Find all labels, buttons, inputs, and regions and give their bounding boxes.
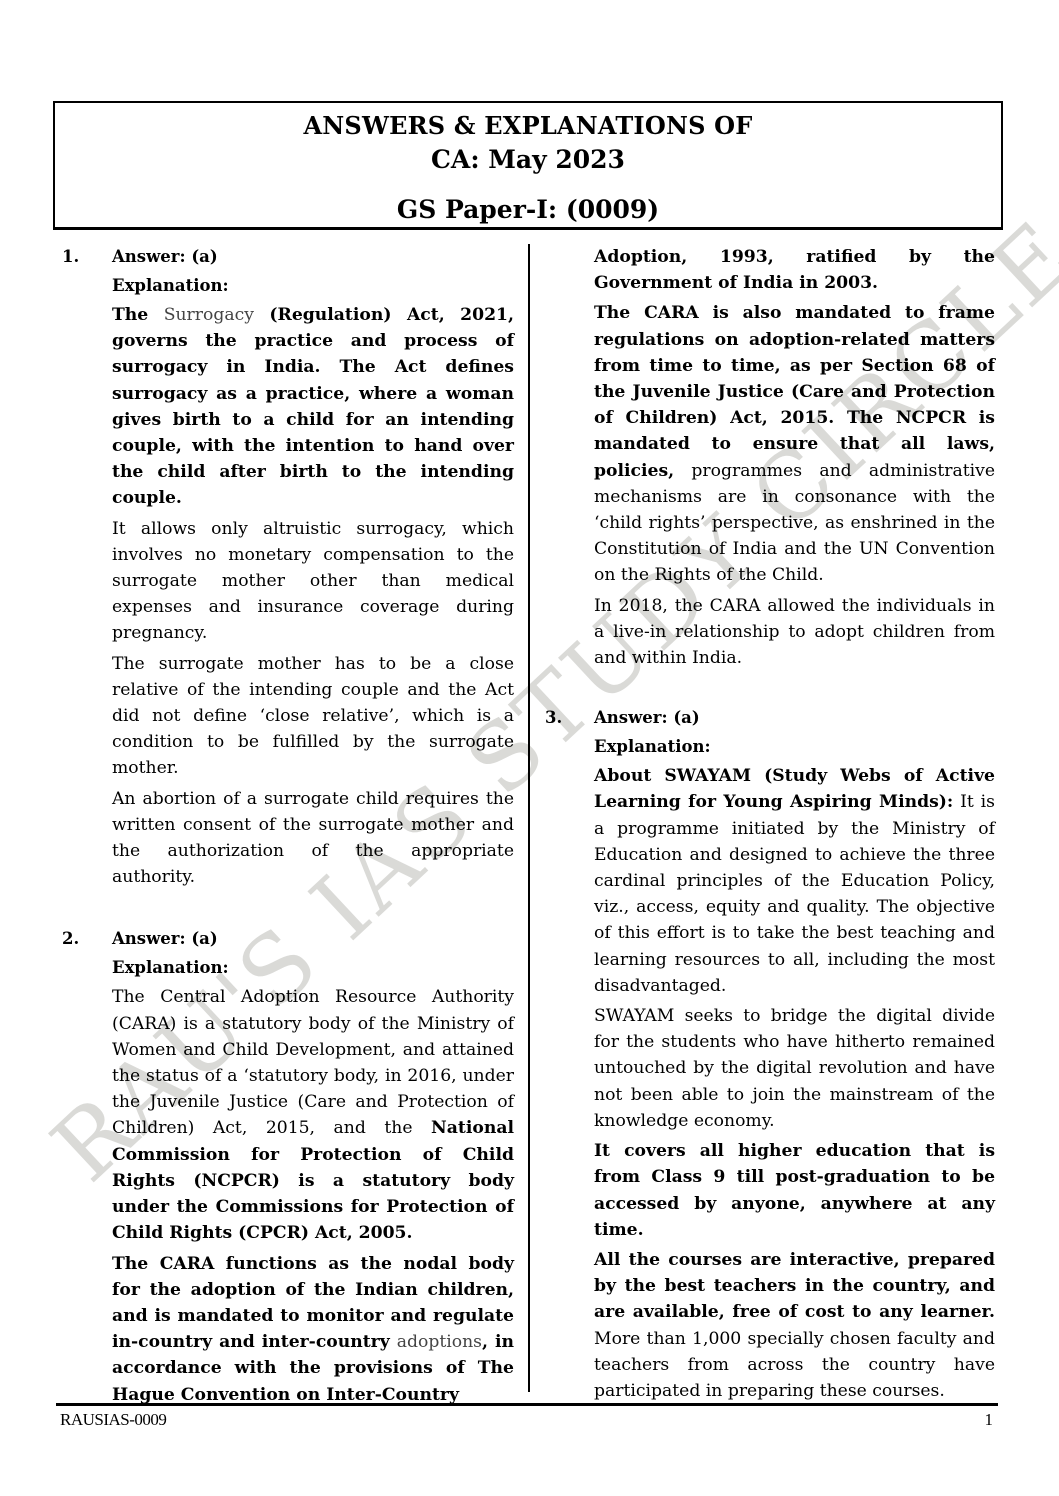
title-line-1: ANSWERS & EXPLANATIONS OF xyxy=(55,111,1001,140)
column-divider xyxy=(528,244,530,1392)
paragraph: It allows only altruistic surrogacy, whi… xyxy=(112,516,514,647)
document-title-box: ANSWERS & EXPLANATIONS OF CA: May 2023 G… xyxy=(53,101,1003,230)
paragraph: SWAYAM seeks to bridge the digital divid… xyxy=(594,1003,995,1134)
question-2: 2. Answer: (a) Explanation: The Central … xyxy=(62,926,514,1407)
explanation-label: Explanation: xyxy=(594,734,995,763)
title-line-2: CA: May 2023 xyxy=(55,145,1001,174)
paragraph: The Surrogacy (Regulation) Act, 2021, go… xyxy=(112,302,514,512)
answer-label: Answer: (a) xyxy=(112,244,514,273)
paragraph: The CARA is also mandated to frame regul… xyxy=(594,300,995,588)
question-3: 3. Answer: (a) Explanation: About SWAYAM… xyxy=(545,705,995,1404)
footer-page-number: 1 xyxy=(985,1410,994,1430)
answer-label: Answer: (a) xyxy=(594,705,995,734)
paragraph: An abortion of a surrogate child require… xyxy=(112,786,514,891)
question-2-continued: Adoption, 1993, ratified by the Governme… xyxy=(545,244,995,671)
answer-label: Answer: (a) xyxy=(112,926,514,955)
paragraph: In 2018, the CARA allowed the individual… xyxy=(594,593,995,672)
title-line-3: GS Paper-I: (0009) xyxy=(55,195,1001,224)
right-column: Adoption, 1993, ratified by the Governme… xyxy=(545,244,995,1408)
explanation-label: Explanation: xyxy=(112,955,514,984)
question-1: 1. Answer: (a) Explanation: The Surrogac… xyxy=(62,244,514,890)
paragraph: The surrogate mother has to be a close r… xyxy=(112,651,514,782)
paragraph: About SWAYAM (Study Webs of Active Learn… xyxy=(594,763,995,999)
paragraph: All the courses are interactive, prepare… xyxy=(594,1247,995,1404)
question-number: 2. xyxy=(62,926,79,952)
paragraph: The Central Adoption Resource Authority … xyxy=(112,984,514,1246)
left-column: 1. Answer: (a) Explanation: The Surrogac… xyxy=(62,244,514,1412)
question-number: 3. xyxy=(545,705,562,731)
footer-doc-code: RAUSIAS-0009 xyxy=(60,1410,166,1430)
question-number: 1. xyxy=(62,244,79,270)
paragraph: The CARA functions as the nodal body for… xyxy=(112,1251,514,1408)
paragraph: It covers all higher education that is f… xyxy=(594,1138,995,1243)
paragraph: Adoption, 1993, ratified by the Governme… xyxy=(594,244,995,296)
explanation-label: Explanation: xyxy=(112,273,514,302)
footer-rule xyxy=(56,1403,998,1406)
